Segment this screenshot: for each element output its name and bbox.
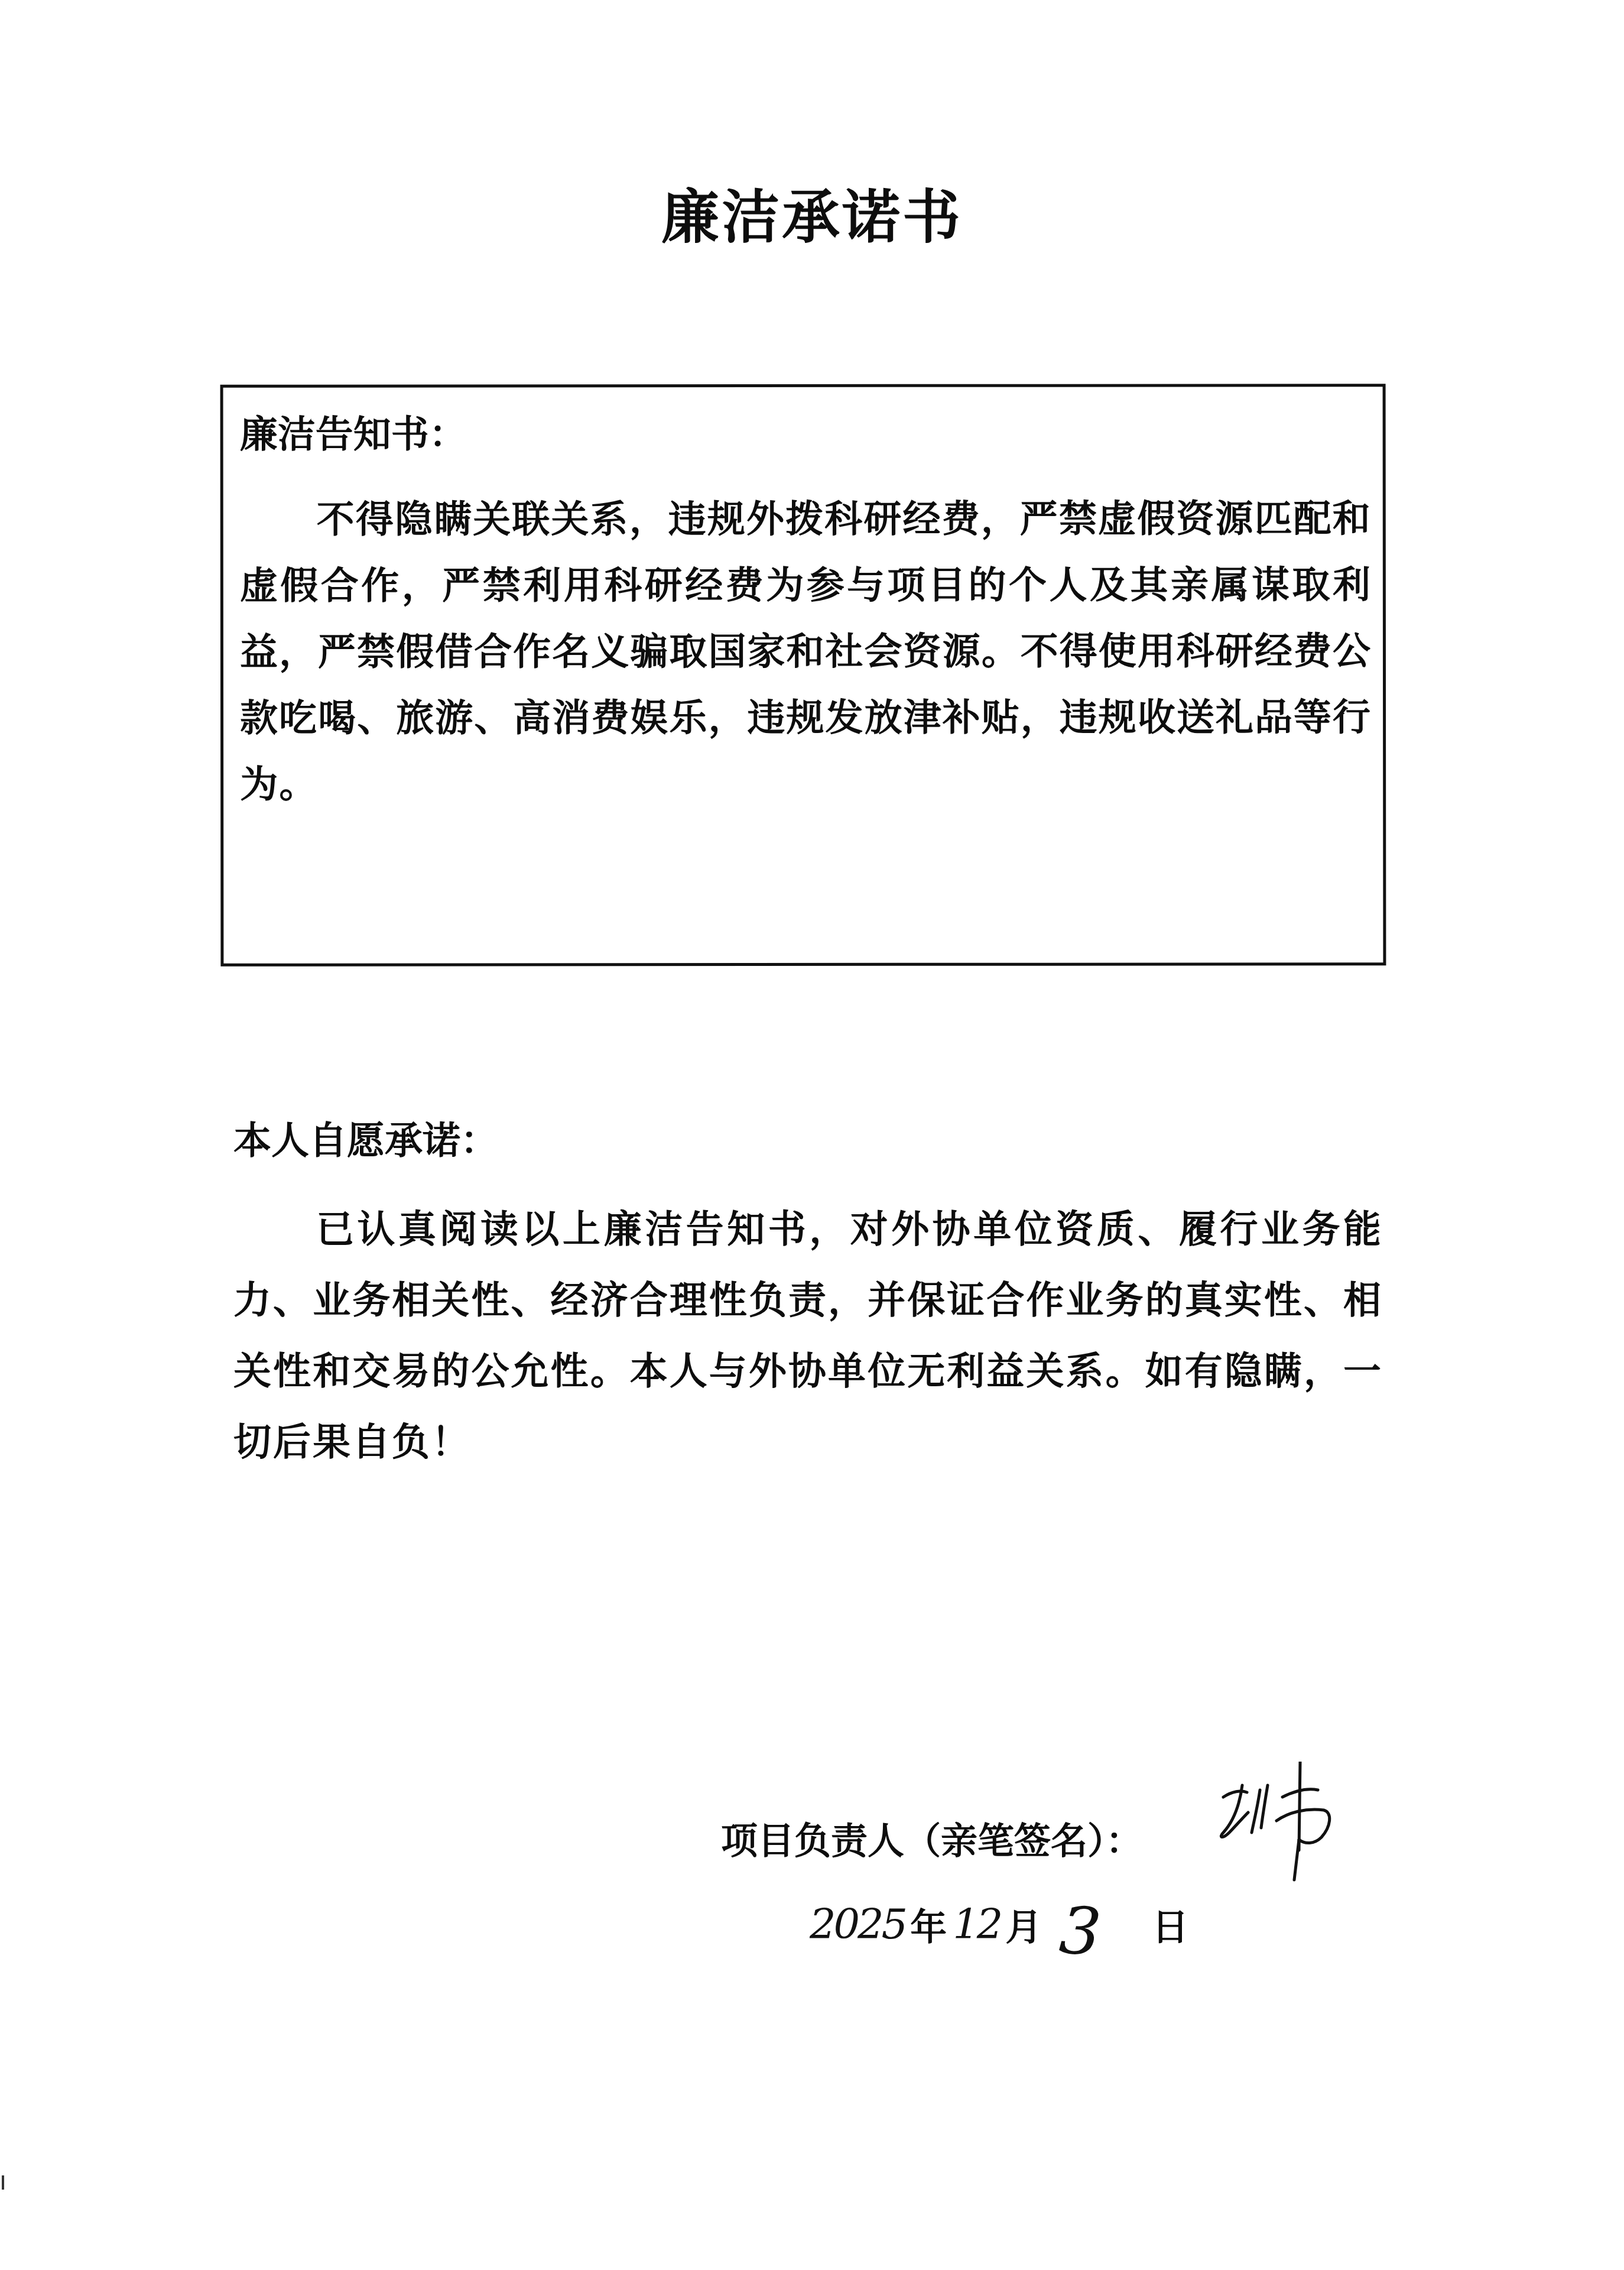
date-year: 2025	[810, 1900, 905, 1948]
notice-box: 廉洁告知书： 不得隐瞒关联关系，违规外拨科研经费，严禁虚假资源匹配和虚假合作，严…	[220, 384, 1386, 967]
signature-label: 项目负责人（亲笔签名）：	[721, 1818, 1142, 1865]
page-title: 廉洁承诺书	[0, 182, 1624, 253]
date-month: 12	[953, 1900, 1001, 1948]
notice-body: 不得隐瞒关联关系，违规外拨科研经费，严禁虚假资源匹配和虚假合作，严禁利用科研经费…	[240, 486, 1372, 818]
handwritten-signature-icon	[1206, 1762, 1347, 1892]
signature-row: 项目负责人（亲笔签名）：	[721, 1809, 1142, 1874]
commitment-body: 已认真阅读以上廉洁告知书，对外协单位资质、履行业务能力、业务相关性、经济合理性负…	[233, 1194, 1383, 1478]
commitment-heading: 本人自愿承诺：	[233, 1117, 498, 1165]
date-day: 3	[1057, 1892, 1102, 1970]
notice-heading: 廉洁告知书：	[240, 411, 467, 458]
date-row: 2025 年 12 月 3 日	[810, 1883, 1188, 1966]
date-year-unit: 年	[910, 1898, 947, 1951]
date-day-unit: 日	[1152, 1898, 1188, 1951]
scan-edge-mark	[2, 2175, 4, 2190]
date-month-unit: 月	[1005, 1898, 1042, 1951]
